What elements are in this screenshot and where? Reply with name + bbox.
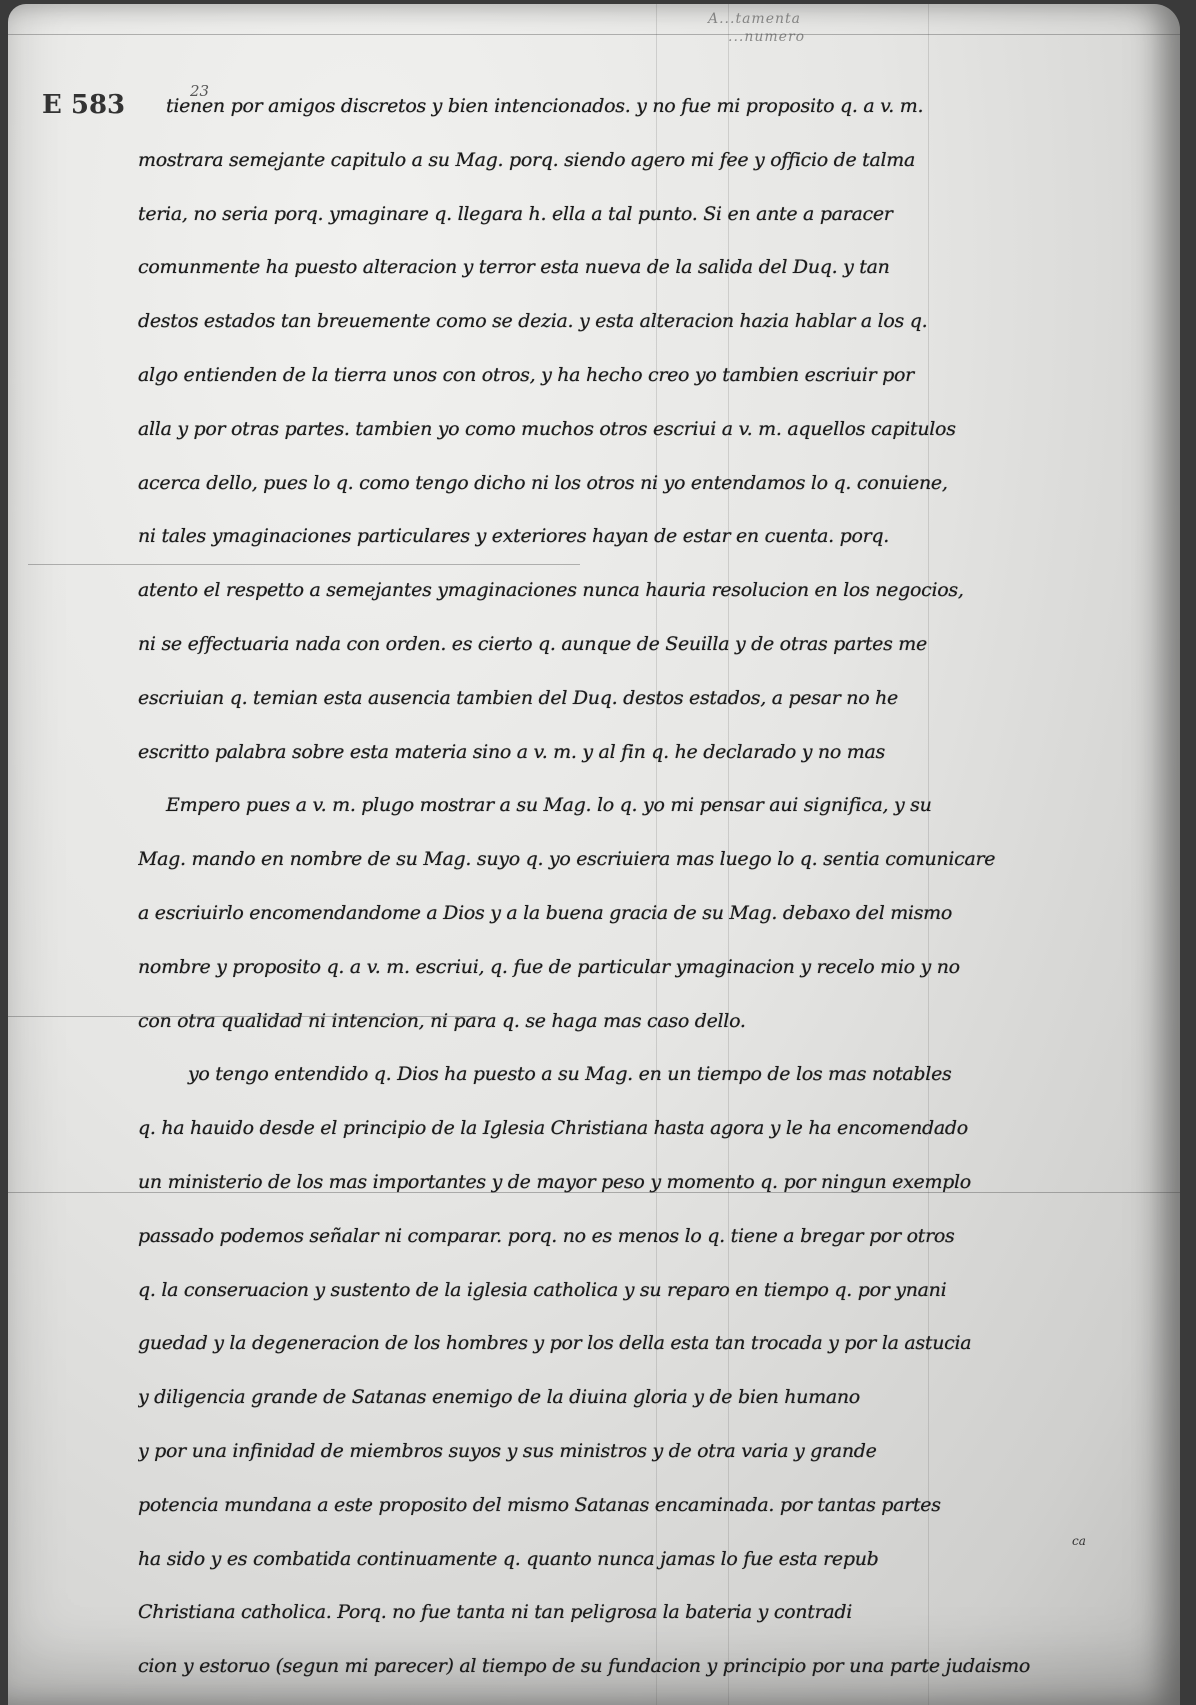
text-line: acerca dello, pues lo q. como tengo dich… bbox=[138, 465, 1098, 519]
top-annotation-line: A...tamenta bbox=[708, 10, 805, 28]
text-line: ni tales ymaginaciones particulares y ex… bbox=[138, 518, 1098, 572]
text-line: q. la conseruacion y sustento de la igle… bbox=[138, 1272, 1098, 1326]
manuscript-text: tienen por amigos discretos y bien inten… bbox=[138, 88, 1098, 1702]
text-line: a escriuirlo encomendandome a Dios y a l… bbox=[138, 895, 1098, 949]
folio-number: E 583 bbox=[42, 90, 125, 120]
top-annotation: A...tamenta ...numero bbox=[708, 10, 805, 46]
top-annotation-line: ...numero bbox=[708, 28, 805, 46]
text-line: y diligencia grande de Satanas enemigo d… bbox=[138, 1379, 1098, 1433]
text-line: tienen por amigos discretos y bien inten… bbox=[138, 88, 1098, 142]
text-line: ni se effectuaria nada con orden. es cie… bbox=[138, 626, 1098, 680]
text-line: cion y estoruo (segun mi parecer) al tie… bbox=[138, 1648, 1098, 1702]
text-line: mostrara semejante capitulo a su Mag. po… bbox=[138, 142, 1098, 196]
text-line: Empero pues a v. m. plugo mostrar a su M… bbox=[138, 787, 1098, 841]
text-line: teria, no seria porq. ymaginare q. llega… bbox=[138, 196, 1098, 250]
text-line: con otra qualidad ni intencion, ni para … bbox=[138, 1003, 1098, 1057]
text-line: escritto palabra sobre esta materia sino… bbox=[138, 734, 1098, 788]
text-line: q. ha hauido desde el principio de la Ig… bbox=[138, 1110, 1098, 1164]
text-line: guedad y la degeneracion de los hombres … bbox=[138, 1325, 1098, 1379]
text-line: Mag. mando en nombre de su Mag. suyo q. … bbox=[138, 841, 1098, 895]
text-line: un ministerio de los mas importantes y d… bbox=[138, 1164, 1098, 1218]
margin-note: ca bbox=[1072, 1534, 1086, 1548]
text-line: destos estados tan breuemente como se de… bbox=[138, 303, 1098, 357]
text-line: y por una infinidad de miembros suyos y … bbox=[138, 1433, 1098, 1487]
text-line: escriuian q. temian esta ausencia tambie… bbox=[138, 680, 1098, 734]
manuscript-sheet: A...tamenta ...numero E 583 23 tienen po… bbox=[8, 4, 1180, 1705]
text-line: potencia mundana a este proposito del mi… bbox=[138, 1487, 1098, 1541]
text-line: yo tengo entendido q. Dios ha puesto a s… bbox=[138, 1056, 1098, 1110]
text-line: passado podemos señalar ni comparar. por… bbox=[138, 1218, 1098, 1272]
text-line: algo entienden de la tierra unos con otr… bbox=[138, 357, 1098, 411]
text-line: nombre y proposito q. a v. m. escriui, q… bbox=[138, 949, 1098, 1003]
text-line: Christiana catholica. Porq. no fue tanta… bbox=[138, 1594, 1098, 1648]
text-line: atento el respetto a semejantes ymaginac… bbox=[138, 572, 1098, 626]
ruling-line bbox=[8, 34, 1180, 35]
scanned-page: A...tamenta ...numero E 583 23 tienen po… bbox=[0, 0, 1196, 1705]
text-line: ha sido y es combatida continuamente q. … bbox=[138, 1541, 1098, 1595]
text-line: alla y por otras partes. tambien yo como… bbox=[138, 411, 1098, 465]
text-line: comunmente ha puesto alteracion y terror… bbox=[138, 249, 1098, 303]
